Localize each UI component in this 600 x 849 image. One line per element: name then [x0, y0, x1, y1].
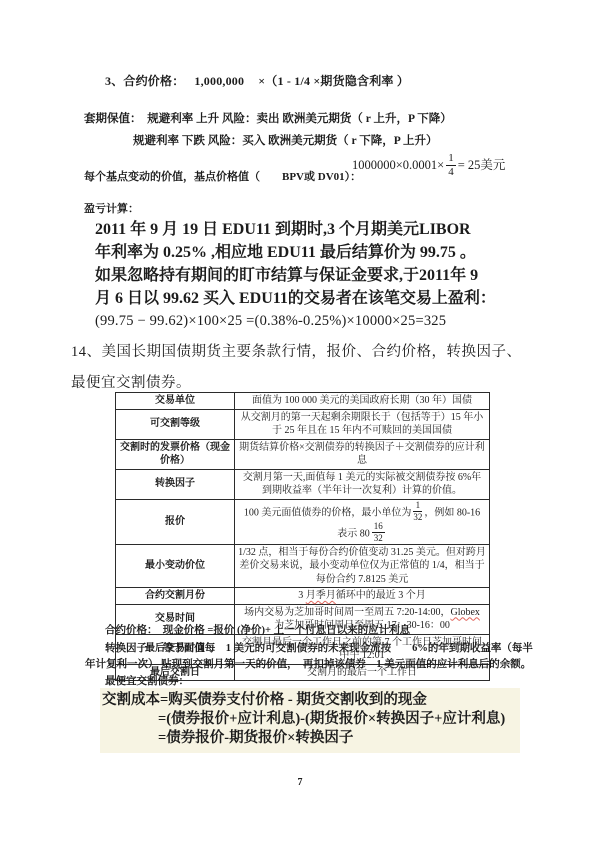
- table-row: 转换因子 交割月第一天,面值每 1 美元的实际被交割债券按 6%年到期收益率（半…: [116, 469, 490, 499]
- table-row: 最小变动价位 1/32 点，相当于每份合约价值变动 31.25 美元。但对跨月差…: [116, 544, 490, 588]
- delivery-cost-line-2: =(债券报价+应计利息)-(期货报价×转换因子+应计利息): [102, 710, 520, 729]
- delivery-cost-line-1: 交割成本=购买债券支付价格 - 期货交割收到的现金: [102, 691, 520, 710]
- section14-title-line2: 最便宜交割债券。: [71, 371, 191, 392]
- note-conversion-factor-line1: 转换因子： 等于面值每 1 美元的可交割债券的未来现金流按 6%的年到期收益率（…: [105, 640, 533, 655]
- row-label: 可交割等级: [116, 409, 235, 439]
- row-label: 合约交割月份: [116, 588, 235, 605]
- table-row: 可交割等级 从交割月的第一天起剩余期限长于（包括等于）15 年小于 25 年且在…: [116, 409, 490, 439]
- row-value: 从交割月的第一天起剩余期限长于（包括等于）15 年小于 25 年且在 15 年内…: [235, 409, 490, 439]
- pnl-line-4: 月 6 日以 99.62 买入 EDU11的交易者在该笔交易上盈利：: [95, 287, 515, 310]
- row-label: 交割时的发票价格（现金价格）: [116, 439, 235, 469]
- page-number: 7: [0, 777, 600, 788]
- row-value-delivery-months: 3 月季月循环中的最近 3 个月: [235, 588, 490, 605]
- row-label: 报价: [116, 499, 235, 544]
- table-row: 交割时的发票价格（现金价格） 期货结算价格×交割债券的转换因子＋交割债券的应计利…: [116, 439, 490, 469]
- row-label: 交易单位: [116, 393, 235, 410]
- table-row: 交易单位 面值为 100 000 美元的美国政府长期（30 年）国债: [116, 393, 490, 410]
- document-page: 3、合约价格：1,000,000×（1 - 1/4 ×期货隐含利率 ） 套期保值…: [0, 0, 600, 849]
- row-value: 交割月第一天,面值每 1 美元的实际被交割债券按 6%年到期收益率（半年计一次复…: [235, 469, 490, 499]
- pnl-line-2: 年利率为 0.25% ,相应地 EDU11 最后结算价为 99.75 。: [95, 241, 515, 264]
- quote-fraction-1: 132: [413, 501, 422, 522]
- pnl-line-3: 如果忽略持有期间的盯市结算与保证金要求,于2011年 9: [95, 264, 515, 287]
- row-value: 期货结算价格×交割债券的转换因子＋交割债券的应计利息: [235, 439, 490, 469]
- pnl-example-block: 2011 年 9 月 19 日 EDU11 到期时,3 个月期美元LIBOR 年…: [95, 218, 515, 333]
- contract-price-label: 3、合约价格：: [105, 74, 184, 88]
- spellcheck-underline: 月季月: [306, 590, 336, 601]
- contract-formula: ×（1 - 1/4 ×期货隐含利率 ）: [258, 74, 409, 88]
- row-label: 最小变动价位: [116, 544, 235, 588]
- bpv-formula-right: = 25美元: [458, 158, 506, 172]
- row-value: 面值为 100 000 美元的美国政府长期（30 年）国债: [235, 393, 490, 410]
- note-conversion-factor-line2: 年计复利一次） 贴现到交割月第一天的价值， 再扣掉该债券 1 美元面值的应计利息…: [85, 656, 531, 671]
- section14-title-line1: 14、美国长期国债期货主要条款行情，报价、合约价格，转换因子、: [71, 340, 522, 361]
- delivery-cost-highlight-block: 交割成本=购买债券支付价格 - 期货交割收到的现金 =(债券报价+应计利息)-(…: [100, 688, 520, 753]
- contract-amount: 1,000,000: [194, 74, 244, 88]
- table-row: 合约交割月份 3 月季月循环中的最近 3 个月: [116, 588, 490, 605]
- hedge-line-1: 套期保值： 规避利率 上升 风险：卖出 欧洲美元期货（ r 上升，P 下降）: [84, 110, 452, 126]
- tbond-futures-spec-table: 交易单位 面值为 100 000 美元的美国政府长期（30 年）国债 可交割等级…: [115, 392, 490, 681]
- quote-fraction-2: 1632: [372, 522, 385, 543]
- pnl-formula: (99.75 − 99.62)×100×25 =(0.38%-0.25%)×10…: [95, 310, 515, 333]
- table-row: 报价 100 美元面值债券的价格，最小单位为132，例如 80-16 表示 80…: [116, 499, 490, 544]
- row-label: 转换因子: [116, 469, 235, 499]
- bpv-formula: 1000000×0.0001×14= 25美元: [352, 153, 505, 178]
- hedge-line-2: 规避利率 下跌 风险：买入 欧洲美元期货（ r 下降，P 上升）: [133, 132, 438, 148]
- note-contract-price: 合约价格： 现金价格 =报价 (净价)+ 上一个付息日以来的应计利息: [105, 622, 410, 637]
- bpv-formula-left: 1000000×0.0001×: [352, 158, 444, 172]
- delivery-cost-line-3: =债券报价-期货报价×转换因子: [102, 729, 520, 748]
- pnl-label: 盈亏计算：: [84, 200, 139, 216]
- note-cheapest-to-deliver: 最便宜交割债券：: [105, 673, 189, 688]
- bpv-fraction: 14: [446, 153, 456, 178]
- contract-price-line: 3、合约价格：1,000,000×（1 - 1/4 ×期货隐含利率 ）: [105, 72, 409, 89]
- spellcheck-underline: Globex: [450, 607, 479, 618]
- row-value-quote: 100 美元面值债券的价格，最小单位为132，例如 80-16 表示 80163…: [235, 499, 490, 544]
- row-value: 1/32 点，相当于每份合约价值变动 31.25 美元。但对跨月差价交易来说，最…: [235, 544, 490, 588]
- pnl-line-1: 2011 年 9 月 19 日 EDU11 到期时,3 个月期美元LIBOR: [95, 218, 515, 241]
- bpv-label: 每个基点变动的价值，基点价格值（ BPV或 DV01）：: [84, 168, 361, 184]
